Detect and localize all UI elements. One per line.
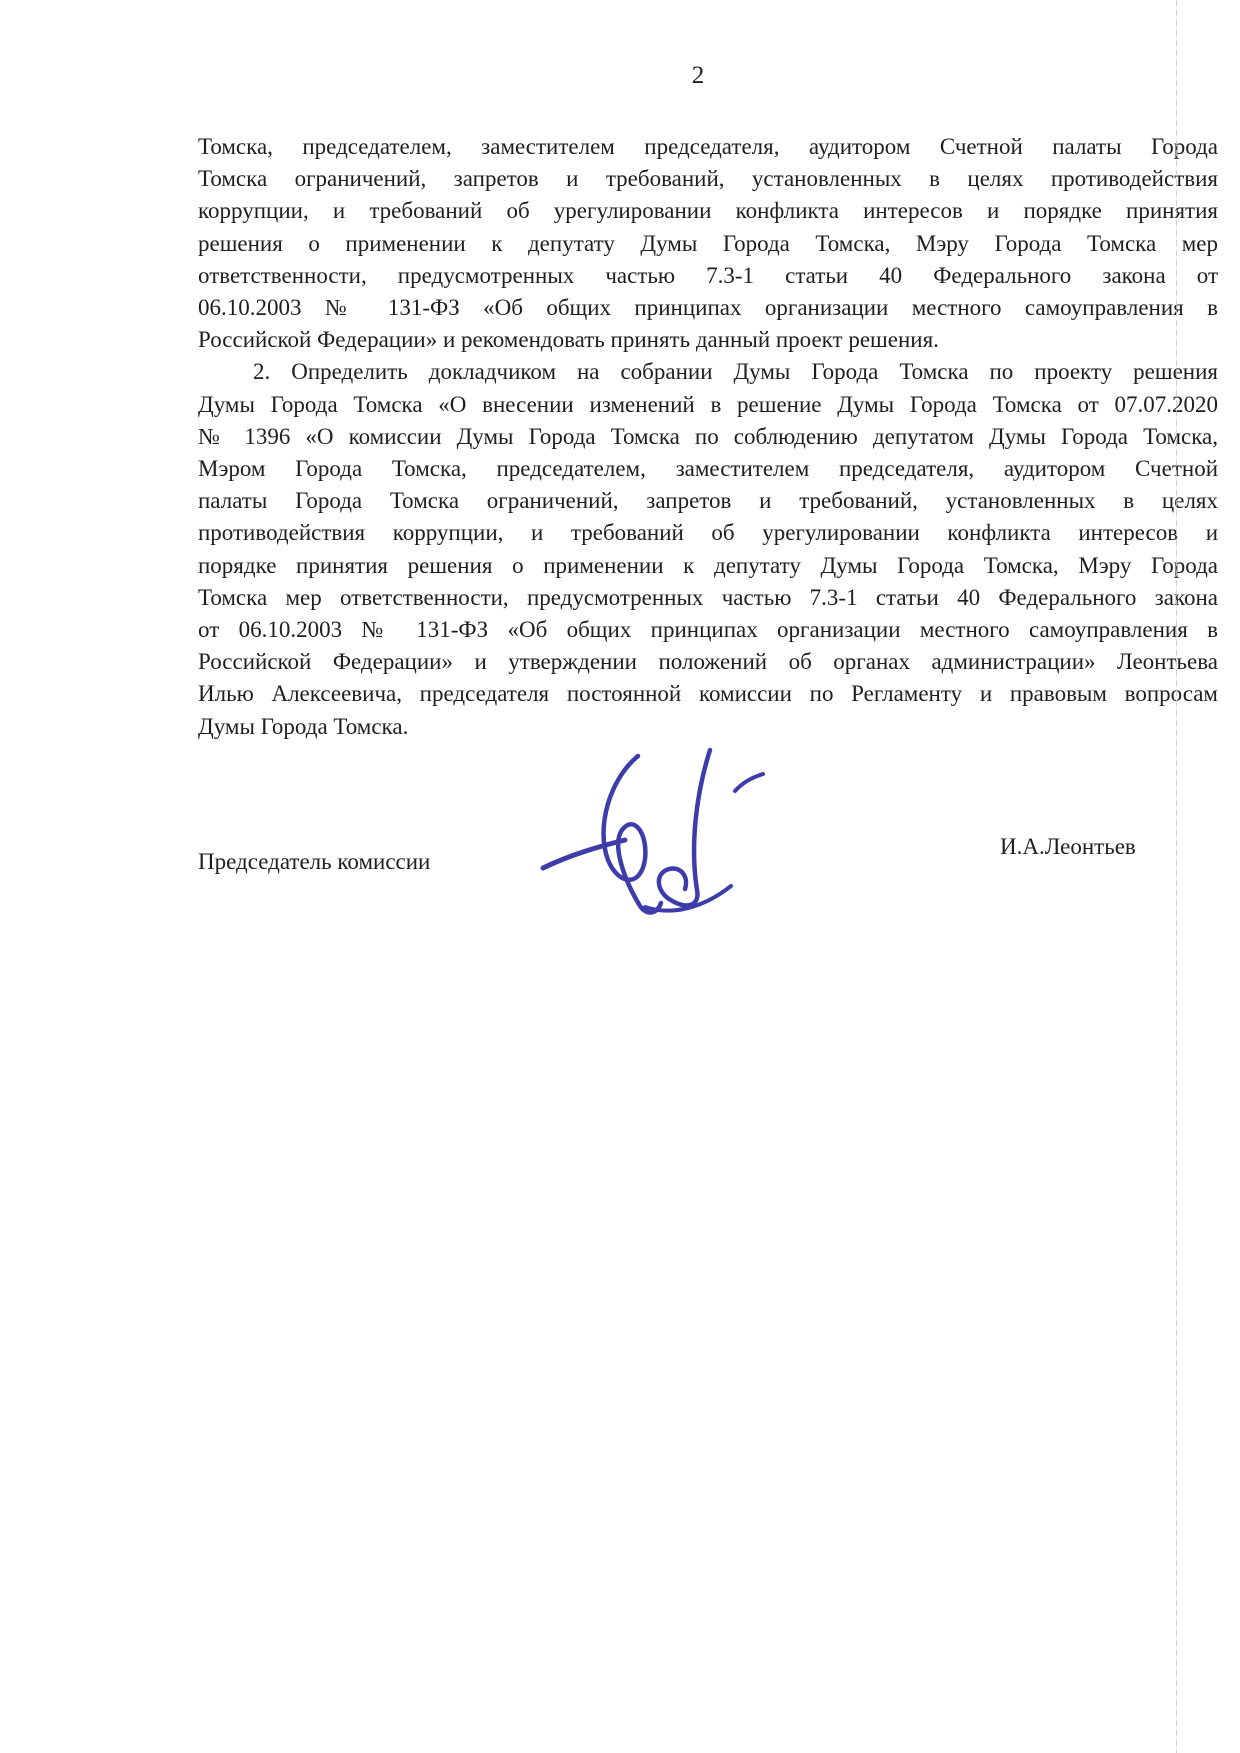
signer-role-label: Председатель комиссии — [198, 847, 430, 877]
scanned-document-page: 2 Томска, председателем, заместителем пр… — [0, 0, 1240, 1753]
text-line: Российской Федерации» и рекомендовать пр… — [198, 324, 1218, 356]
text-line: Томска, председателем, заместителем пред… — [198, 131, 1218, 163]
text-line: Российской Федерации» и утверждении поло… — [198, 646, 1218, 678]
text-line: от 06.10.2003 № 131-ФЗ «Об общих принцип… — [198, 614, 1218, 646]
text-line: Томска ограничений, запретов и требовани… — [198, 163, 1218, 195]
text-line: порядке принятия решения о применении к … — [198, 550, 1218, 582]
text-line: противодействия коррупции, и требований … — [198, 517, 1218, 549]
page-number: 2 — [198, 62, 1198, 90]
document-body: Томска, председателем, заместителем пред… — [198, 131, 1218, 743]
text-line: решения о применении к депутату Думы Гор… — [198, 228, 1218, 260]
text-line: № 1396 «О комиссии Думы Города Томска по… — [198, 421, 1218, 453]
text-line: ответственности, предусмотренных частью … — [198, 260, 1218, 292]
scan-artifact-line — [1176, 0, 1177, 1753]
text-line: Илью Алексеевича, председателя постоянно… — [198, 678, 1218, 710]
text-line: коррупции, и требований об урегулировани… — [198, 195, 1218, 227]
signer-name: И.А.Леонтьев — [1000, 832, 1136, 862]
text-line: 06.10.2003 № 131-ФЗ «Об общих принципах … — [198, 292, 1218, 324]
text-line: Думы Города Томска «О внесении изменений… — [198, 389, 1218, 421]
text-line: Мэром Города Томска, председателем, заме… — [198, 453, 1218, 485]
text-line: Томска мер ответственности, предусмотрен… — [198, 582, 1218, 614]
text-line: палаты Города Томска ограничений, запрет… — [198, 485, 1218, 517]
handwritten-signature-icon — [535, 736, 810, 921]
text-line: 2. Определить докладчиком на собрании Ду… — [198, 356, 1218, 388]
